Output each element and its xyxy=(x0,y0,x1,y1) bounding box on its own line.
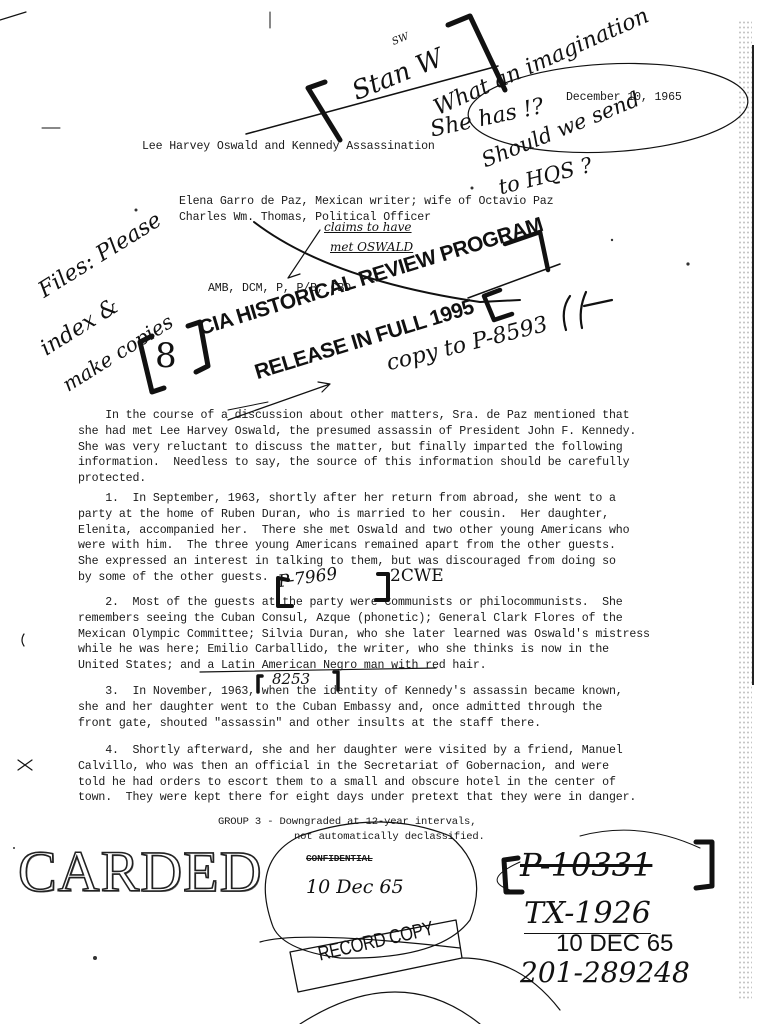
pen-markings xyxy=(0,0,758,1024)
memo-page: December 10, 1965 Lee Harvey Oswald and … xyxy=(0,0,758,1024)
